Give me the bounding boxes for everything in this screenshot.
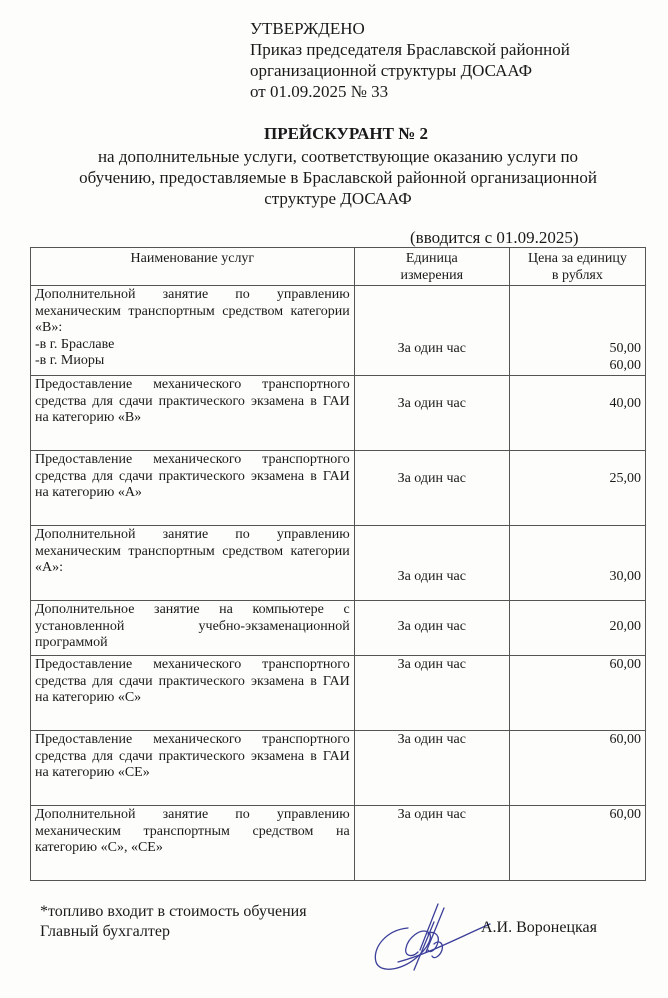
table-row: Предоставление механического транспортно… — [31, 451, 646, 526]
service-unit: За один час — [354, 806, 509, 881]
approval-line: организационной структуры ДОСААФ — [250, 60, 570, 81]
footnote: *топливо входит в стоимость обучения — [40, 902, 307, 922]
document-title: ПРЕЙСКУРАНТ № 2 — [46, 124, 646, 144]
service-unit: За один час — [354, 526, 509, 601]
header-service-name: Наименование услуг — [31, 248, 355, 286]
service-unit: За один час — [354, 731, 509, 806]
service-unit: За один час — [354, 601, 509, 656]
table-row: Дополнительной занятие по управлению мех… — [31, 286, 646, 376]
subtitle-line: на дополнительные услуги, соответствующи… — [30, 146, 646, 167]
table-row: Дополнительной занятие по управлению мех… — [31, 806, 646, 881]
service-price: 30,00 — [509, 526, 645, 601]
service-unit: За один час — [354, 656, 509, 731]
title-block: ПРЕЙСКУРАНТ № 2 на дополнительные услуги… — [30, 124, 646, 209]
subtitle: на дополнительные услуги, соответствующи… — [30, 146, 646, 209]
header-price: Цена за единицу в рублях — [509, 248, 645, 286]
service-name: Дополнительной занятие по управлению мех… — [31, 526, 355, 601]
service-price: 60,00 — [509, 731, 645, 806]
service-price: 20,00 — [509, 601, 645, 656]
service-name: Дополнительной занятие по управлению мех… — [31, 806, 355, 881]
service-name: Предоставление механического транспортно… — [31, 656, 355, 731]
table-row: Предоставление механического транспортно… — [31, 731, 646, 806]
service-price: 50,0060,00 — [509, 286, 645, 376]
table-row: Предоставление механического транспортно… — [31, 656, 646, 731]
service-price: 25,00 — [509, 451, 645, 526]
service-price: 60,00 — [509, 656, 645, 731]
service-unit: За один час — [354, 286, 509, 376]
table-row: Дополнительной занятие по управлению мех… — [31, 526, 646, 601]
table-header-row: Наименование услуг Единица измерения Цен… — [31, 248, 646, 286]
service-price: 40,00 — [509, 376, 645, 451]
service-name: Предоставление механического транспортно… — [31, 451, 355, 526]
signature-icon — [368, 900, 498, 980]
subtitle-line: обучению, предоставляемые в Браславской … — [30, 167, 646, 188]
approval-line: Приказ председателя Браславской районной — [250, 39, 570, 60]
approval-heading: УТВЕРЖДЕНО — [250, 18, 570, 39]
service-name: Предоставление механического транспортно… — [31, 376, 355, 451]
price-table: Наименование услуг Единица измерения Цен… — [30, 247, 646, 881]
service-price: 60,00 — [509, 806, 645, 881]
signer-title: Главный бухгалтер — [40, 922, 307, 942]
effective-date: (вводится с 01.09.2025) — [410, 228, 579, 248]
service-unit: За один час — [354, 451, 509, 526]
subtitle-line: структуре ДОСААФ — [30, 188, 646, 209]
footer: *топливо входит в стоимость обучения Гла… — [40, 902, 307, 942]
service-name: Дополнительное занятие на компьютере с у… — [31, 601, 355, 656]
approval-line: от 01.09.2025 № 33 — [250, 81, 570, 102]
signer-name: А.И. Воронецкая — [481, 919, 597, 937]
table-row: Дополнительное занятие на компьютере с у… — [31, 601, 646, 656]
table-row: Предоставление механического транспортно… — [31, 376, 646, 451]
approval-block: УТВЕРЖДЕНО Приказ председателя Браславск… — [250, 18, 570, 102]
service-unit: За один час — [354, 376, 509, 451]
service-name: Дополнительной занятие по управлению мех… — [31, 286, 355, 376]
header-unit: Единица измерения — [354, 248, 509, 286]
service-name: Предоставление механического транспортно… — [31, 731, 355, 806]
